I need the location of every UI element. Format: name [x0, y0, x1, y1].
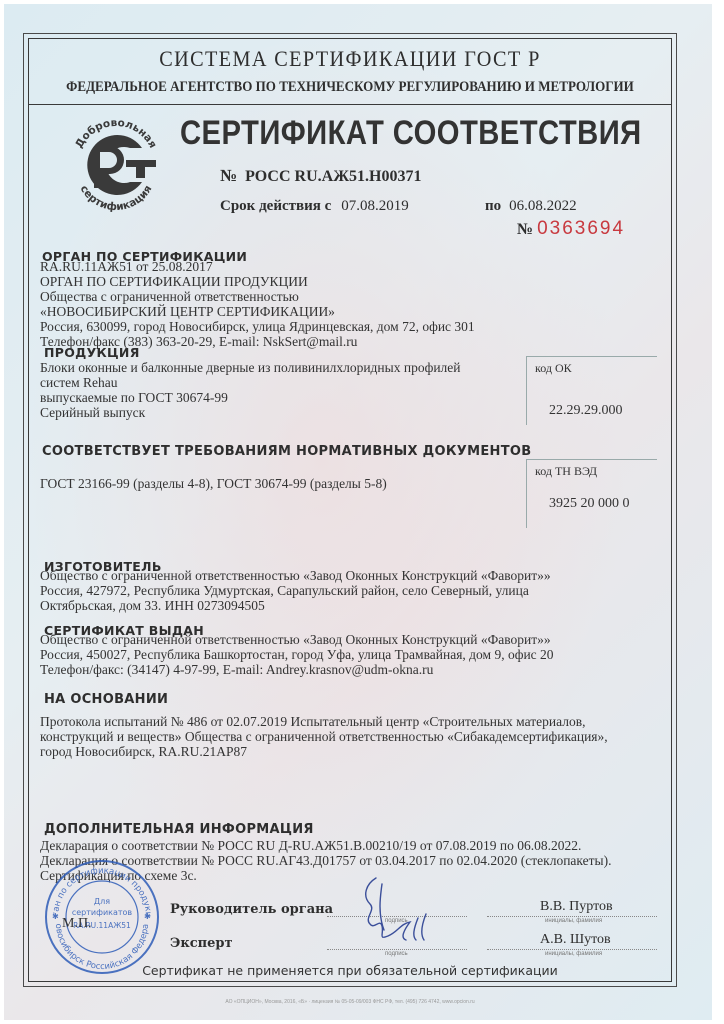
- valid-to: по06.08.2022: [485, 198, 577, 215]
- valid-from: Срок действия с07.08.2019: [220, 198, 409, 215]
- rst-logo-icon: Добровольная сертификация: [64, 112, 168, 216]
- head-name: В.В. Пуртов: [540, 899, 613, 915]
- certification-body-details: RA.RU.11АЖ51 от 25.08.2017 ОРГАН ПО СЕРТ…: [40, 259, 475, 349]
- expert-signature-caption: подпись: [385, 951, 408, 957]
- additional-info-heading: ДОПОЛНИТЕЛЬНАЯ ИНФОРМАЦИЯ: [44, 822, 314, 837]
- system-title: СИСТЕМА СЕРТИФИКАЦИИ ГОСТ Р: [28, 46, 672, 72]
- certificate-number: №РОСС RU.АЖ51.Н00371: [220, 166, 421, 186]
- compliance-heading: СООТВЕТСТВУЕТ ТРЕБОВАНИЯМ НОРМАТИВНЫХ ДО…: [42, 444, 531, 459]
- compliance-documents: ГОСТ 23166-99 (разделы 4-8), ГОСТ 30674-…: [40, 476, 387, 491]
- issued-to-details: Общество с ограниченной ответственностью…: [40, 632, 554, 677]
- printer-imprint: АО «ОПЦИОН», Москва, 2016, «Б» · лицензи…: [0, 999, 700, 1005]
- official-stamp-icon: Орган по сертификации продукции г. Новос…: [42, 857, 162, 977]
- voluntary-note: Сертификат не применяется при обязательн…: [0, 963, 700, 978]
- handwritten-signature-icon: [340, 874, 450, 950]
- stamp-place-label: М.П.: [62, 916, 92, 932]
- expert-name-caption: инициалы, фамилия: [545, 951, 602, 957]
- svg-text:✱: ✱: [144, 912, 151, 921]
- agency-title: ФЕДЕРАЛЬНОЕ АГЕНТСТВО ПО ТЕХНИЧЕСКОМУ РЕ…: [35, 79, 665, 96]
- tnved-code-box: код ТН ВЭД 3925 20 000 0: [526, 459, 657, 528]
- head-name-caption: инициалы, фамилия: [545, 918, 602, 924]
- expert-label: Эксперт: [170, 936, 233, 951]
- svg-text:✱: ✱: [52, 912, 59, 921]
- expert-name: А.В. Шутов: [540, 932, 611, 948]
- ok-code-box: код ОК 22.29.29.000: [526, 356, 657, 425]
- product-description: Блоки оконные и балконные дверные из пол…: [40, 360, 461, 420]
- head-name-line: [487, 916, 657, 917]
- certificate-title: СЕРТИФИКАТ СООТВЕТСТВИЯ: [180, 114, 642, 153]
- header-separator: [28, 104, 672, 105]
- manufacturer-details: Общество с ограниченной ответственностью…: [40, 568, 551, 613]
- serial-number: №0363694: [517, 218, 625, 240]
- svg-text:Для: Для: [94, 897, 110, 906]
- expert-name-line: [487, 949, 657, 950]
- product-heading: ПРОДУКЦИЯ: [44, 345, 140, 360]
- head-label: Руководитель органа: [170, 902, 333, 917]
- basis-details: Протокола испытаний № 486 от 02.07.2019 …: [40, 714, 608, 759]
- basis-heading: НА ОСНОВАНИИ: [44, 692, 168, 707]
